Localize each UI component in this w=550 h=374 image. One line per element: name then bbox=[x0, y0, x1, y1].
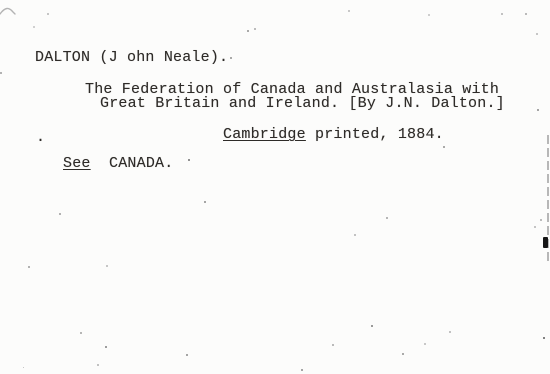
scan-speck bbox=[97, 364, 99, 366]
scan-speck bbox=[0, 72, 2, 74]
scan-speck bbox=[204, 201, 206, 203]
scan-speck bbox=[105, 346, 107, 348]
imprint-line: Cambridge printed, 1884. bbox=[223, 127, 444, 143]
scan-speck bbox=[449, 331, 451, 333]
scan-speck bbox=[59, 213, 61, 215]
scan-speck bbox=[537, 109, 539, 111]
scan-speck bbox=[540, 219, 542, 221]
scan-speck bbox=[501, 13, 503, 15]
see-word: See bbox=[63, 155, 91, 172]
scan-speck bbox=[23, 367, 24, 368]
scan-speck bbox=[424, 343, 426, 345]
scan-speck bbox=[534, 226, 536, 228]
scan-speck bbox=[525, 13, 527, 15]
scan-speck bbox=[371, 325, 373, 327]
ink-blob bbox=[543, 237, 548, 248]
scan-speck bbox=[106, 265, 108, 267]
scan-speck bbox=[186, 354, 188, 356]
scan-speck bbox=[47, 13, 49, 15]
scan-speck bbox=[402, 353, 404, 355]
scan-speck bbox=[188, 159, 190, 161]
see-reference-target: CANADA. bbox=[91, 155, 174, 172]
heading-line: DALTON (J ohn Neale). bbox=[35, 50, 228, 66]
scan-speck bbox=[543, 337, 545, 339]
scan-speck bbox=[28, 266, 30, 268]
scan-speck bbox=[386, 217, 388, 219]
catalogue-card: DALTON (J ohn Neale). The Federation of … bbox=[0, 0, 550, 374]
imprint-rest: printed, 1884. bbox=[306, 126, 444, 143]
pen-mark bbox=[0, 4, 18, 18]
imprint-place: Cambridge bbox=[223, 126, 306, 143]
title-line-2: Great Britain and Ireland. [By J.N. Dalt… bbox=[100, 96, 505, 112]
see-reference-line: See CANADA. bbox=[63, 156, 173, 172]
scan-speck bbox=[247, 30, 249, 32]
scan-speck bbox=[230, 57, 232, 59]
scan-speck bbox=[354, 234, 356, 236]
scan-speck bbox=[254, 28, 256, 30]
scan-speck bbox=[536, 33, 538, 35]
scan-speck bbox=[80, 332, 82, 334]
scan-speck bbox=[428, 14, 430, 16]
scan-speck bbox=[33, 26, 35, 28]
scan-speck bbox=[443, 146, 445, 148]
scan-speck bbox=[332, 344, 334, 346]
scan-speck bbox=[301, 369, 303, 371]
stray-period: . bbox=[36, 130, 45, 146]
scan-speck bbox=[348, 10, 350, 12]
